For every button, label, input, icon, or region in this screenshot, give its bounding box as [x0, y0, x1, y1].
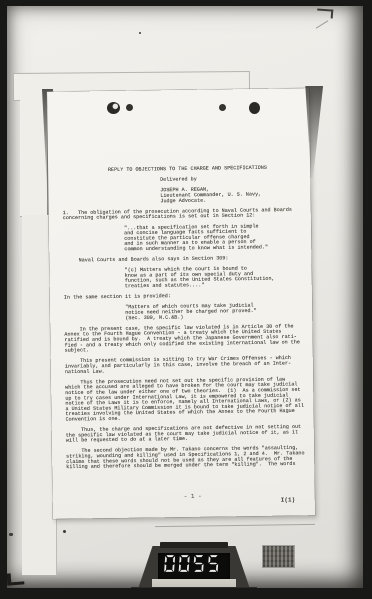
frame-counter — [138, 542, 250, 588]
paper-edge-bottom — [155, 524, 315, 527]
punch-hole — [219, 104, 226, 111]
punch-hole — [107, 102, 120, 114]
dust-speck — [63, 530, 66, 533]
pen-mark — [317, 8, 334, 18]
scratch-mark — [316, 20, 328, 28]
punch-hole — [126, 104, 133, 111]
photo: REPLY TO OBJECTIONS TO THE CHARGE AND SP… — [7, 6, 363, 588]
scan-frame: REPLY TO OBJECTIONS TO THE CHARGE AND SP… — [0, 0, 372, 599]
stamp — [263, 546, 294, 567]
document-page: REPLY TO OBJECTIONS TO THE CHARGE AND SP… — [47, 88, 315, 519]
corner-mark — [7, 572, 24, 585]
punch-hole — [249, 102, 260, 114]
counter-display — [158, 553, 230, 579]
typed-text: REPLY TO OBJECTIONS TO THE CHARGE AND SP… — [62, 165, 309, 470]
counter-digits — [163, 554, 225, 578]
dust-speck — [139, 32, 141, 34]
counter-lip — [160, 542, 228, 548]
dust-speck — [9, 533, 13, 536]
counter-foot — [131, 587, 257, 588]
page-number: - 1 - — [175, 493, 211, 501]
exhibit-number: I(1) — [281, 496, 296, 503]
